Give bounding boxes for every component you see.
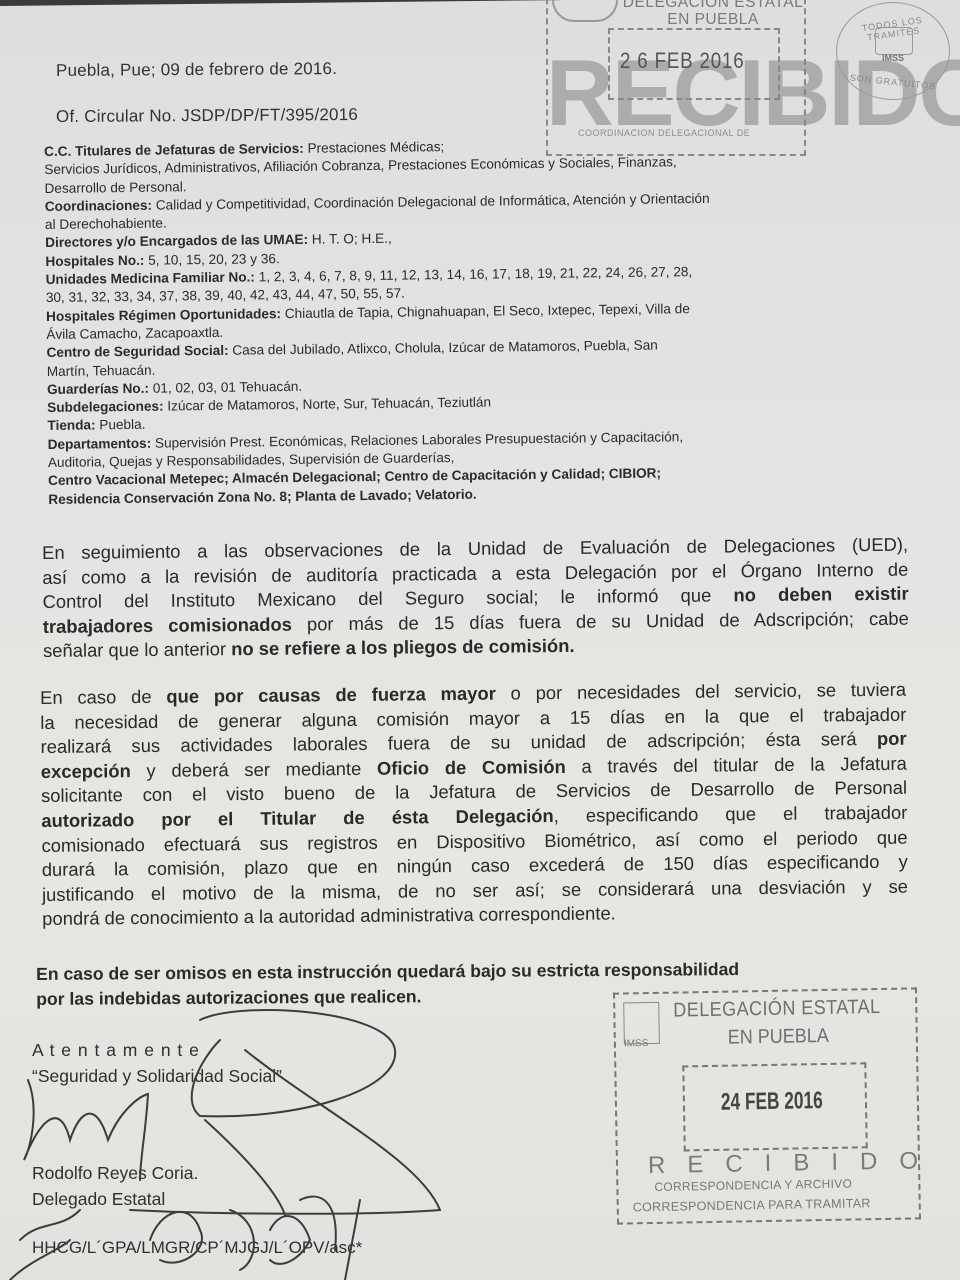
circular-number: Of. Circular No. JSDP/DP/FT/395/2016 xyxy=(56,105,358,127)
imss-logo-icon xyxy=(552,0,618,22)
stamp-bottom-line2: EN PUEBLA xyxy=(728,1025,829,1050)
addressee-text: Puebla. xyxy=(95,417,145,433)
seal-logo-text: IMSS xyxy=(875,53,911,63)
text: por más de 15 días fuera de su Unidad de… xyxy=(292,607,909,634)
addressee-label: Coordinaciones: xyxy=(45,198,152,214)
imss-seal: TODOS LOS TRAMITES IMSS · · · · · · · · … xyxy=(836,2,950,100)
addressee-text: Izúcar de Matamoros, Norte, Sur, Tehuacá… xyxy=(163,395,491,414)
place-date: Puebla, Pue; 09 de febrero de 2016. xyxy=(56,59,337,81)
addressee-label: Subdelegaciones: xyxy=(47,399,164,415)
paragraph-1: En seguimiento a las observaciones de la… xyxy=(42,533,909,664)
salutation: A t e n t a m e n t e xyxy=(32,1040,200,1061)
stamp-bottom-line1: DELEGACIÓN ESTATAL xyxy=(673,996,881,1023)
stamp-top-line1: DELEGACION ESTATAL xyxy=(622,0,804,11)
addressee-label: C.C. Titulares de Jefaturas de Servicios… xyxy=(44,141,304,159)
addressee-text: al Derechohabiente. xyxy=(45,216,167,232)
page-top-edge xyxy=(0,0,560,6)
paragraph-2: En caso de que por causas de fuerza mayo… xyxy=(40,678,908,932)
stamp-top-line2: EN PUEBLA xyxy=(622,11,804,28)
bold-text: que por causas de fuerza mayor xyxy=(166,683,496,707)
text: En caso de xyxy=(40,686,166,708)
bold-text: por xyxy=(877,728,907,749)
stamp-logo-text: IMSS xyxy=(624,1038,649,1049)
addressee-text: Chiautla de Tapia, Chignahuapan, El Seco… xyxy=(281,301,690,321)
addressee-label: Guarderías No.: xyxy=(47,381,149,397)
text: pondrá de conocimiento a la autoridad ad… xyxy=(42,903,616,930)
addressee-text: Ávila Camacho, Zacapoaxtla. xyxy=(46,325,223,342)
addressee-list: C.C. Titulares de Jefaturas de Servicios… xyxy=(44,132,908,508)
seal-bottom-text: SON GRATUITOS xyxy=(847,72,940,92)
signer-title: Delegado Estatal xyxy=(32,1189,165,1210)
text: a través del titular de la Jefatura xyxy=(566,752,907,776)
addressee-label: Centro de Seguridad Social: xyxy=(46,343,228,360)
addressee-text: Prestaciones Médicas; xyxy=(304,139,445,156)
bold-text: no se refiere a los pliegos de comisión. xyxy=(231,635,575,659)
bold-text: trabajadores comisionados xyxy=(43,613,292,636)
addressee-label: Departamentos: xyxy=(48,435,152,451)
stamp-bottom-sub1: CORRESPONDENCIA Y ARCHIVO xyxy=(654,1177,852,1194)
addressee-label: Tienda: xyxy=(47,418,95,434)
addressee-text: 1, 2, 3, 4, 6, 7, 8, 9, 11, 12, 13, 14, … xyxy=(255,264,692,284)
stamp-bottom-big-text: RECIBIDO xyxy=(648,1147,940,1180)
stamp-top-date: 2 6 FEB 2016 xyxy=(620,48,745,74)
text: , especificando que el trabajador xyxy=(554,802,908,826)
addressee-text: H. T. O; H.E., xyxy=(308,231,392,247)
text: y deberá ser mediante xyxy=(131,758,377,781)
stamp-bottom-date: 24 FEB 2016 xyxy=(721,1087,823,1117)
motto: “Seguridad y Solidaridad Social” xyxy=(32,1066,282,1087)
addressee-text: Desarrollo de Personal. xyxy=(44,179,186,196)
text: señalar que lo anterior xyxy=(43,639,231,662)
signer-name: Rodolfo Reyes Coria. xyxy=(32,1163,198,1184)
addressee-text: 30, 31, 32, 33, 34, 37, 38, 39, 40, 42, … xyxy=(46,286,405,305)
initials: HHCG/L´GPA/LMGR/CP´MJGJ/L´OPV/asc* xyxy=(32,1238,362,1258)
stamp-top-title: DELEGACION ESTATAL EN PUEBLA xyxy=(622,0,804,28)
bold-text: Oficio de Comisión xyxy=(377,756,566,779)
received-stamp-bottom: IMSS DELEGACIÓN ESTATAL EN PUEBLA 24 FEB… xyxy=(613,987,921,1224)
addressee-label: Unidades Medicina Familiar No.: xyxy=(46,270,255,288)
addressee-text: Martín, Tehuacán. xyxy=(47,362,156,378)
addressee-text: Casa del Jubilado, Atlixco, Cholula, Izú… xyxy=(229,338,658,358)
text: Control del Instituto Mexicano del Segur… xyxy=(42,585,733,613)
addressee-label: Hospitales No.: xyxy=(45,253,144,269)
text: o por necesidades del servicio, se tuvie… xyxy=(496,679,906,704)
bold-text: autorizado por el Titular de ésta Delega… xyxy=(41,805,554,831)
bold-text: no deben existir xyxy=(733,583,908,606)
imss-eagle-icon xyxy=(875,27,913,55)
addressee-text: 01, 02, 03, 01 Tehuacán. xyxy=(149,379,302,396)
received-stamp-top: DELEGACION ESTATAL EN PUEBLA RECIBIDO 2 … xyxy=(546,0,806,156)
addressee-text: Auditoria, Quejas y Responsabilidades, S… xyxy=(48,450,455,470)
bold-text: excepción xyxy=(41,760,131,782)
addressee-label: Hospitales Régimen Oportunidades: xyxy=(46,306,281,324)
addressee-label: Directores y/o Encargados de las UMAE: xyxy=(45,232,308,250)
addressee-text: 5, 10, 15, 20, 23 y 36. xyxy=(144,251,279,268)
stamp-bottom-sub2: CORRESPONDENCIA PARA TRAMITAR xyxy=(633,1196,871,1214)
addressee-label: Residencia Conservación Zona No. 8; Plan… xyxy=(48,486,476,506)
